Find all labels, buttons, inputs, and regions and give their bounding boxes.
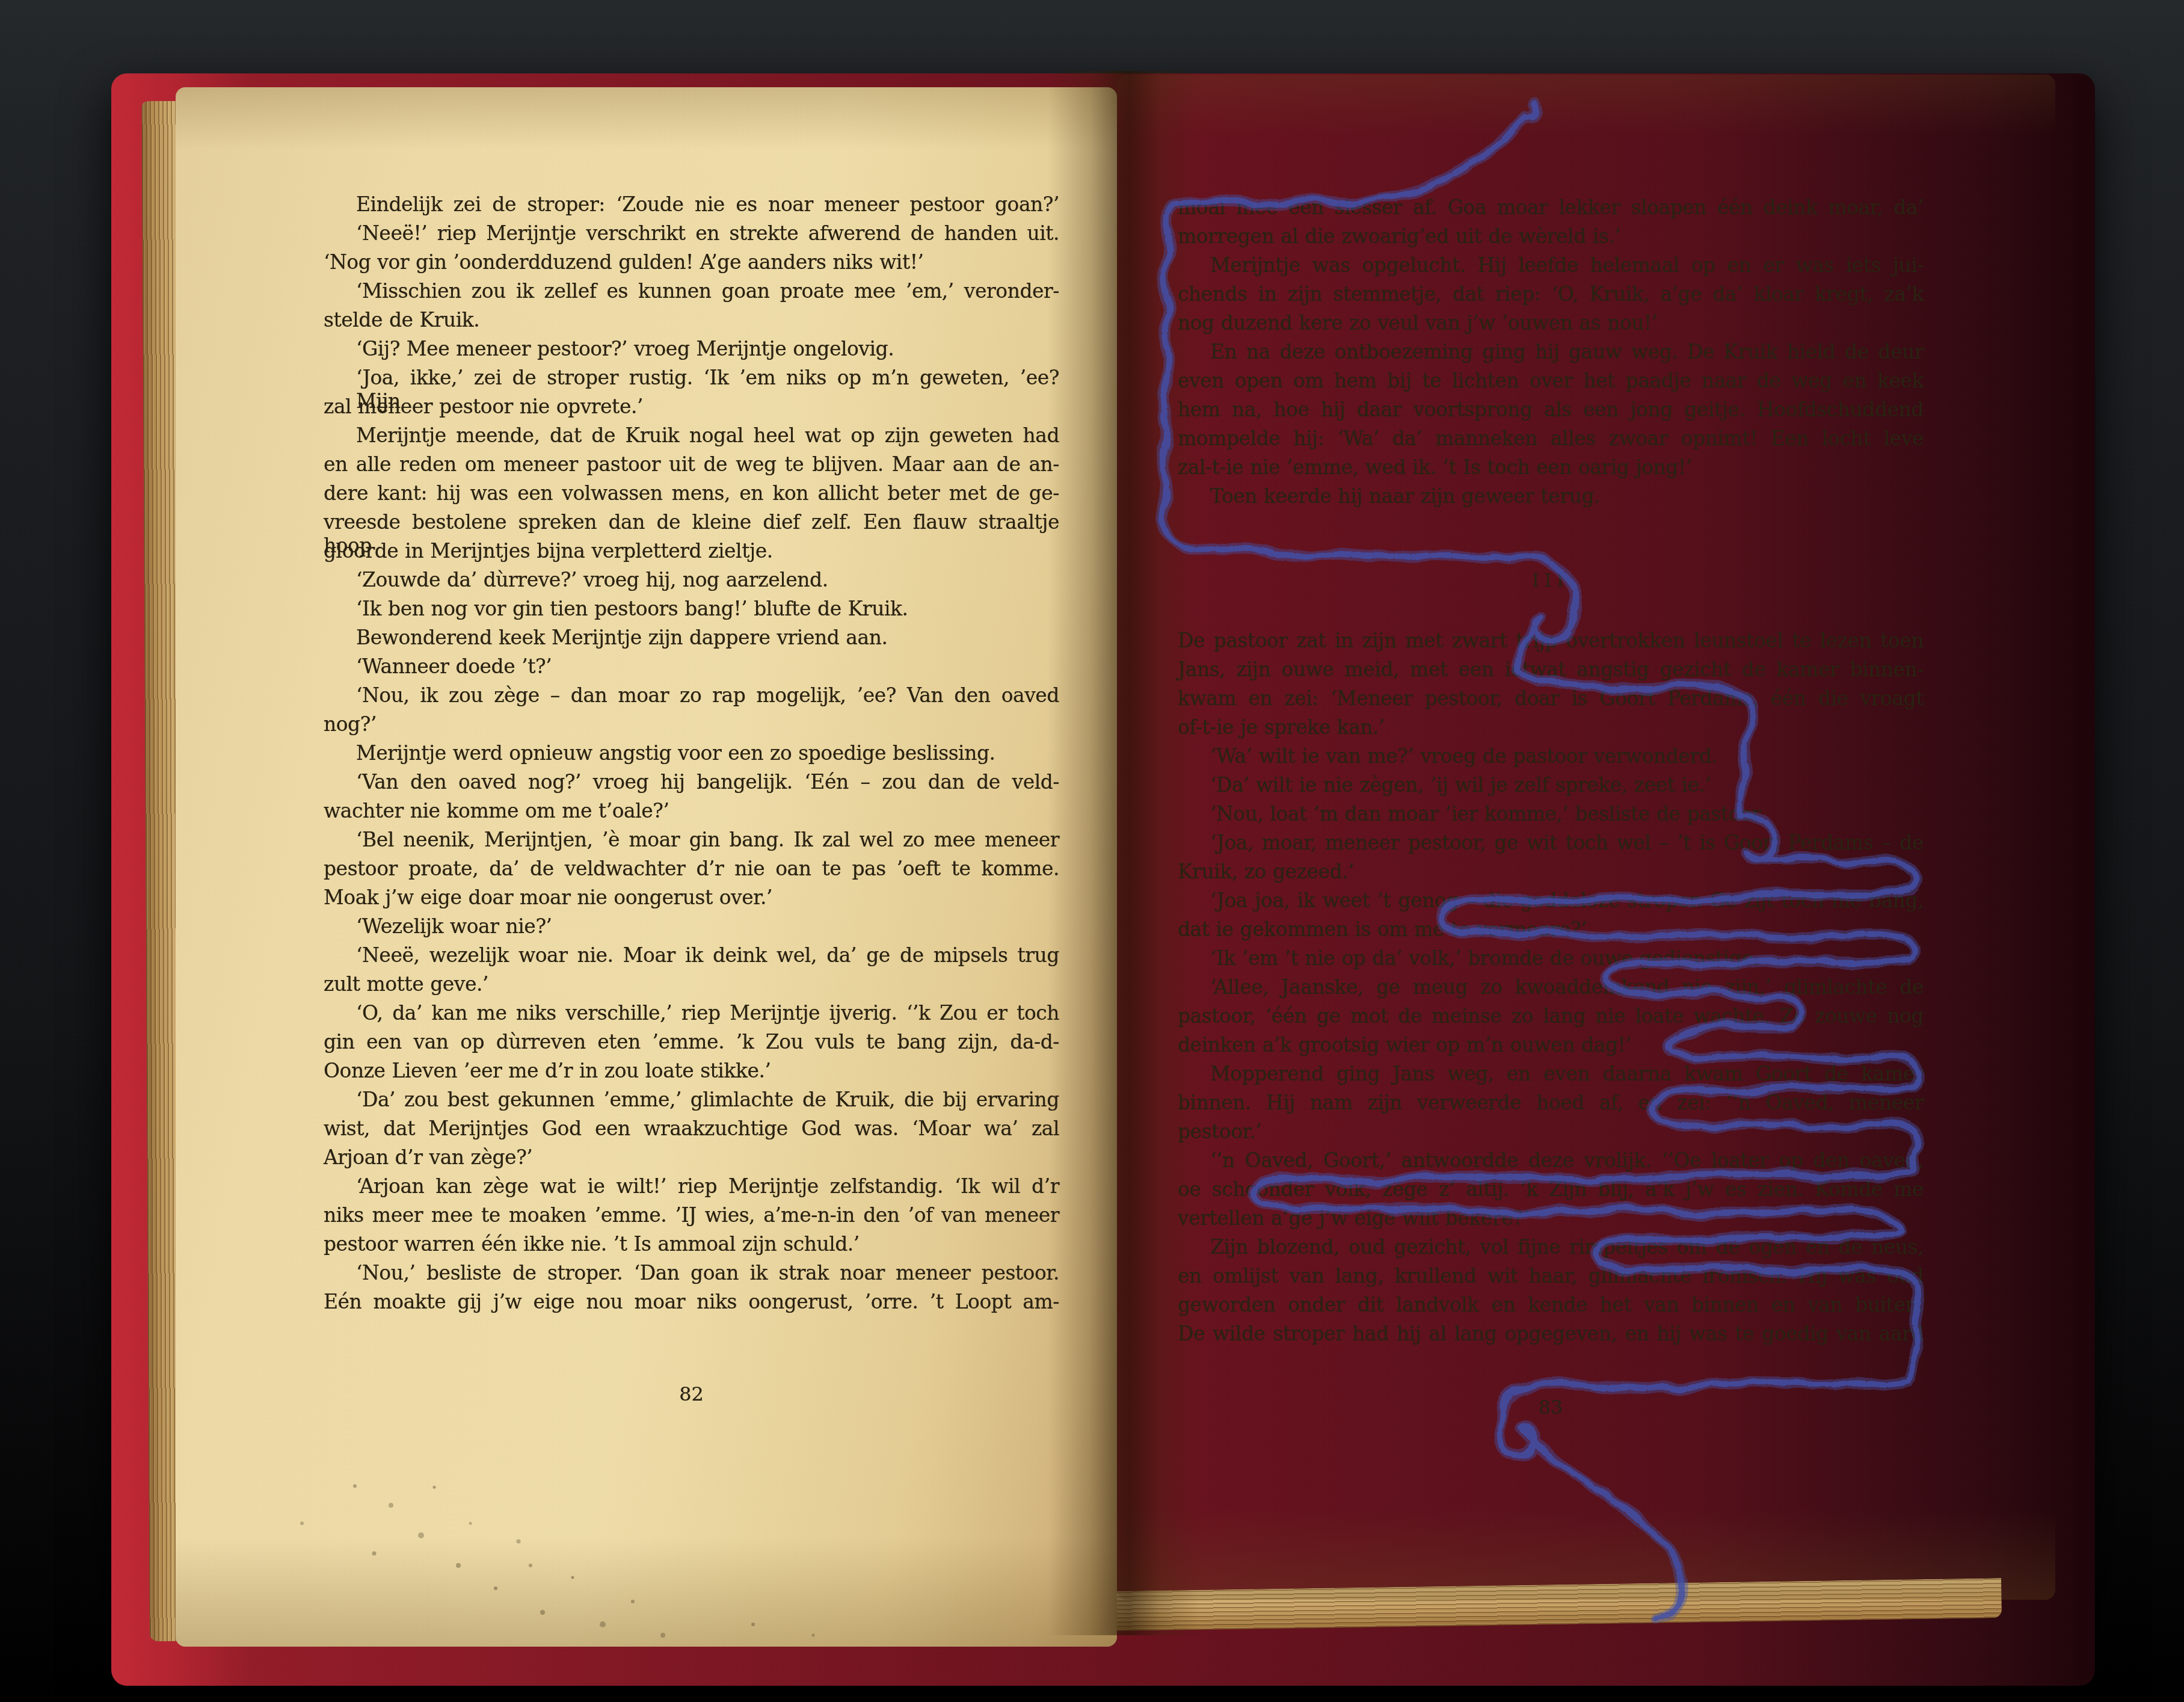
text-line: ‘Nog vor gin ’oonderdduzend gulden! A’ge…: [324, 250, 1059, 279]
text-line: pestoor proate, da’ de veldwachter d’r n…: [324, 857, 1059, 886]
text-line: oe schoonder volk, zège z’ altij. ’k Zij…: [1178, 1177, 1924, 1206]
text-line: ‘Joa, moar, meneer pestoor, ge wit toch …: [1178, 831, 1924, 860]
text-line: Merijntje was opgelucht. Hij leefde hele…: [1178, 253, 1924, 282]
text-line: ‘Nou, ik zou zège – dan moar zo rap moge…: [324, 683, 1059, 712]
text-line: moal mee een siesser af. Goa moar lekker…: [1178, 196, 1924, 224]
text-line: chends in zijn stemmetje, dat riep: ‘O, …: [1178, 282, 1924, 311]
text-line: ‘Neeë, wezelijk woar nie. Moar ik deink …: [324, 943, 1059, 972]
text-line: ‘Ik ’em ’t nie op da’ volk,’ bromde de o…: [1178, 946, 1924, 975]
text-line: even open om hem bij te lichten over het…: [1178, 369, 1924, 398]
text-line: Merijntje werd opnieuw angstig voor een …: [324, 741, 1059, 770]
text-line: wist, dat Merijntjes God een wraakzuchti…: [324, 1117, 1059, 1145]
photo-backdrop: Eindelijk zei de stroper: ‘Zoude nie es …: [0, 0, 2184, 1702]
text-line: En na deze ontboezeming ging hij gauw we…: [1178, 340, 1924, 369]
text-line: zal meneer pestoor nie opvrete.’: [324, 395, 1059, 424]
text-line: ‘Van den oaved nog?’ vroeg hij bangelijk…: [324, 770, 1059, 799]
text-line: ‘Joa, ikke,’ zei de stroper rustig. ‘Ik …: [324, 366, 1059, 395]
text-line: ‘Da’ zou best gekunnen ’emme,’ glimlacht…: [324, 1088, 1059, 1117]
section-heading: III: [1178, 570, 1924, 599]
gutter-shadow: [1048, 71, 1199, 1635]
text-line: Mopperend ging Jans weg, en even daarna …: [1178, 1062, 1924, 1091]
text-line: Toen keerde hij naar zijn geweer terug.: [1178, 484, 1924, 513]
text-line: hem na, hoe hij daar voortsprong als een…: [1178, 398, 1924, 427]
text-line: nog duzend kere zo veul van j’w ’ouwen a…: [1178, 311, 1924, 340]
text-line: ‘Wezelijk woar nie?’: [324, 914, 1059, 943]
text-line: ‘Da’ wilt ie nie zègen, ’ij wil je zelf …: [1178, 773, 1924, 802]
text-line: ‘Wanneer doede ’t?’: [324, 655, 1059, 683]
text-line: vreesde bestolene spreken dan de kleine …: [324, 510, 1059, 539]
right-page-text-bottom: De pastoor zat in zijn met zwart trijp o…: [1178, 629, 1924, 1351]
text-line: pestoor warren één ikke nie. ’t Is ammoa…: [324, 1232, 1059, 1261]
text-line: ‘Allee, Jaanske, ge meug zo kwoaddeinken…: [1178, 975, 1924, 1004]
text-line: pastoor, ‘één ge mot de meinse zo lang n…: [1178, 1004, 1924, 1033]
text-line: dat ie gekommen is om me te vermoore?’: [1178, 917, 1924, 946]
text-line: zult motte geve.’: [324, 972, 1059, 1001]
text-line: De pastoor zat in zijn met zwart trijp o…: [1178, 629, 1924, 658]
text-line: Kruik, zo gezeed.’: [1178, 860, 1924, 889]
text-line: geworden onder dit landvolk en kende het…: [1178, 1293, 1924, 1322]
text-line: Eén moakte gij j’w eige nou moar niks oo…: [324, 1290, 1059, 1319]
text-line: zal-t-ie nie ’emme, wed ik. ’t Is toch e…: [1178, 455, 1924, 484]
text-line: ‘Zouwde da’ dùrreve?’ vroeg hij, nog aar…: [324, 568, 1059, 597]
text-line: ‘Nou, loat ’m dan moar ’ier komme,’ besl…: [1178, 802, 1924, 831]
right-page-number: 83: [1178, 1396, 1924, 1419]
text-line: Zijn blozend, oud gezicht, vol fijne rim…: [1178, 1235, 1924, 1264]
text-line: morregen al die zwoarig’ed uit de wèreld…: [1178, 224, 1924, 253]
text-line: ‘Bel neenik, Merijntjen, ’è moar gin ban…: [324, 828, 1059, 857]
left-page-number: 82: [324, 1383, 1059, 1405]
text-line: en alle reden om meneer pastoor uit de w…: [324, 452, 1059, 481]
text-line: en omlijst van lang, krullend wit haar, …: [1178, 1264, 1924, 1293]
text-line: of-t-ie je spreke kan.’: [1178, 715, 1924, 744]
text-line: Jans, zijn ouwe meid, met een ietwat ang…: [1178, 658, 1924, 686]
text-line: mompelde hij: ‘Wa’ da’ manneken alles zw…: [1178, 427, 1924, 455]
left-page-text: Eindelijk zei de stroper: ‘Zoude nie es …: [324, 193, 1059, 1319]
text-line: Arjoan d’r van zège?’: [324, 1145, 1059, 1174]
text-line: ‘Gij? Mee meneer pestoor?’ vroeg Merijnt…: [324, 337, 1059, 366]
text-line: ‘Neeë!’ riep Merijntje verschrikt en str…: [324, 221, 1059, 250]
text-line: stelde de Kruik.: [324, 308, 1059, 337]
text-line: ‘Arjoan kan zège wat ie wilt!’ riep Meri…: [324, 1174, 1059, 1203]
text-line: nog?’: [324, 712, 1059, 741]
right-page-text-top: moal mee een siesser af. Goa moar lekker…: [1178, 196, 1924, 513]
text-line: kwam en zei: ‘Meneer pestoor, doar is Go…: [1178, 686, 1924, 715]
text-line: ‘Joa joa, ik weet ’t genog – die goddelo…: [1178, 889, 1924, 917]
text-line: dere kant: hij was een volwassen mens, e…: [324, 481, 1059, 510]
text-line: ‘O, da’ kan me niks verschille,’ riep Me…: [324, 1001, 1059, 1030]
text-line: Merijntje meende, dat de Kruik nogal hee…: [324, 424, 1059, 452]
text-line: gloorde in Merijntjes bijna verpletterd …: [324, 539, 1059, 568]
text-line: De wilde stroper had hij al lang opgegev…: [1178, 1322, 1924, 1351]
text-line: ‘Misschien zou ik zellef es kunnen goan …: [324, 279, 1059, 308]
text-line: Bewonderend keek Merijntje zijn dappere …: [324, 626, 1059, 655]
text-line: Oonze Lieven ’eer me d’r in zou loate st…: [324, 1059, 1059, 1088]
text-line: deinken a’k grootsig wier op m’n ouwen d…: [1178, 1033, 1924, 1062]
text-line: pestoor.’: [1178, 1120, 1924, 1149]
text-line: ‘’n Oaved, Goort,’ antwoordde deze vroli…: [1178, 1149, 1924, 1177]
text-line: Eindelijk zei de stroper: ‘Zoude nie es …: [324, 193, 1059, 221]
text-line: vertellen a’ge j’w eige wilt bekere?’: [1178, 1206, 1924, 1235]
text-line: gin een van op dùrreven eten ’emme. ’k Z…: [324, 1030, 1059, 1059]
text-line: binnen. Hij nam zijn verweerde hoed af, …: [1178, 1091, 1924, 1120]
text-line: ‘Wa’ wilt ie van me?’ vroeg de pastoor v…: [1178, 744, 1924, 773]
text-line: wachter nie komme om me t’oale?’: [324, 799, 1059, 828]
text-line: ‘Nou,’ besliste de stroper. ‘Dan goan ik…: [324, 1261, 1059, 1290]
text-line: niks meer mee te moaken ’emme. ’IJ wies,…: [324, 1203, 1059, 1232]
text-line: ‘Ik ben nog vor gin tien pestoors bang!’…: [324, 597, 1059, 626]
text-line: Moak j’w eige doar moar nie oongerust ov…: [324, 886, 1059, 914]
